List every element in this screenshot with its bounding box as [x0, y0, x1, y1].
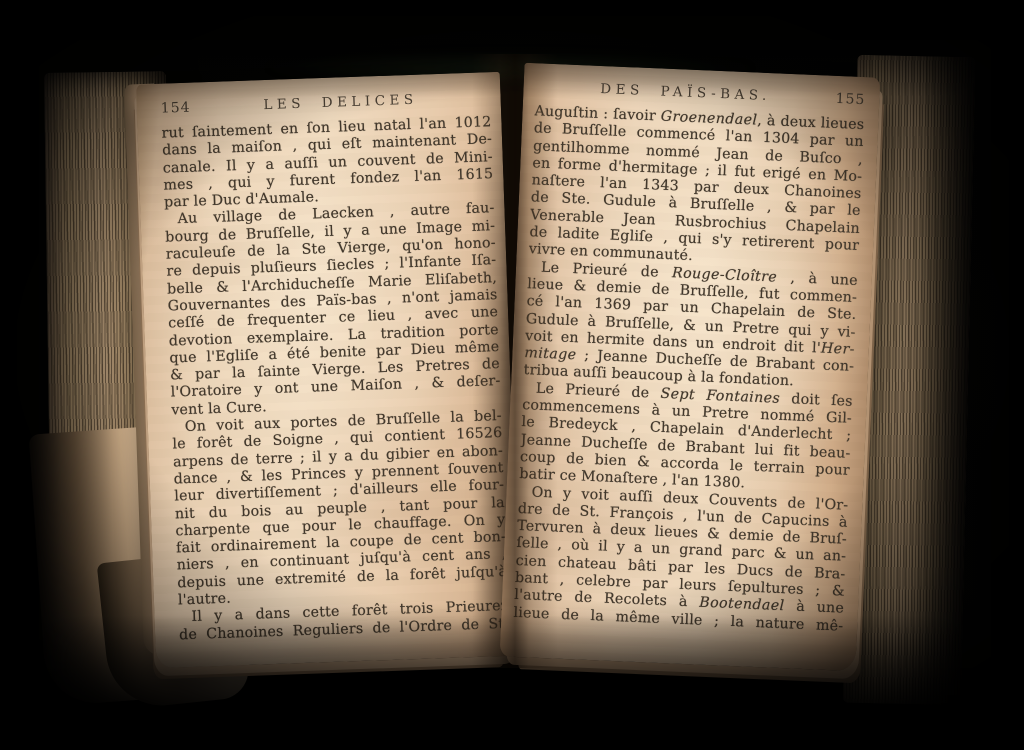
- running-title: DES PAÏS-BAS.: [535, 78, 836, 107]
- page-text: Auguſtin : ſavoir Groenendael, à deux li…: [513, 103, 864, 635]
- running-title: LES DELICES: [190, 89, 491, 115]
- page-number: 154: [160, 100, 190, 117]
- paragraph: rut ſaintement en ſon lieu natal l'an 10…: [161, 114, 494, 212]
- page-text: rut ſaintement en ſon lieu natal l'an 10…: [161, 114, 509, 644]
- paragraph: On voit aux portes de Bruſſelle la bel-l…: [172, 408, 508, 610]
- paragraph: Le Prieuré de Sept Fontaines doit ſescom…: [519, 380, 853, 498]
- page-number: 155: [835, 91, 865, 108]
- paragraph: Le Prieuré de Rouge-Cloître , à unelieue…: [523, 259, 858, 394]
- left-page: 154 LES DELICES rut ſaintement en ſon li…: [136, 72, 520, 668]
- paragraph: Au village de Laecken , autre fau-bourg …: [164, 201, 501, 420]
- right-page: DES PAÏS-BAS. 155 Auguſtin : ſavoir Groe…: [500, 63, 881, 671]
- paragraph: On y voit auſſi deux Couvents de l'Or-dr…: [513, 483, 849, 635]
- book-photo-scene: 154 LES DELICES rut ſaintement en ſon li…: [0, 0, 1024, 750]
- paragraph: Auguſtin : ſavoir Groenendael, à deux li…: [528, 103, 864, 272]
